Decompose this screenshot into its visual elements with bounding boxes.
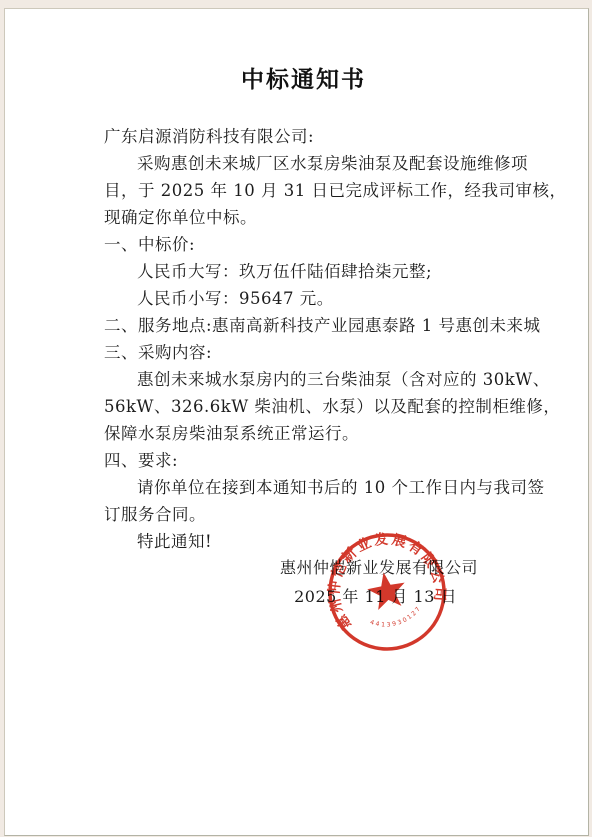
doc-line: 四、要求: [104,447,503,474]
document-page: 中标通知书 广东启源消防科技有限公司: 采购惠创未来城厂区水泵房柴油泵及配套设施… [4,8,589,836]
doc-line: 请你单位在接到本通知书后的 10 个工作日内与我司签 [104,474,503,501]
doc-line: 特此通知! [104,528,503,555]
doc-line: 人民币小写：95647 元。 [104,285,503,312]
doc-line: 订服务合同。 [104,501,503,528]
document-canvas: { "doc": { "title": "中标通知书", "lines": [ … [0,0,592,837]
doc-line: 二、服务地点:惠南高新科技产业园惠泰路 1 号惠创未来城 [104,312,503,339]
doc-line: 现确定你单位中标。 [104,204,503,231]
doc-line: 人民币大写：玖万伍仟陆佰肆拾柒元整; [104,258,503,285]
doc-line: 目，于 2025 年 10 月 31 日已完成评标工作，经我司审核， [104,177,503,204]
doc-line: 惠创未来城水泵房内的三台柴油泵（含对应的 30kW、 [104,366,503,393]
document-body: 广东启源消防科技有限公司: 采购惠创未来城厂区水泵房柴油泵及配套设施维修项 目，… [104,123,503,555]
document-title: 中标通知书 [104,66,503,94]
signature-company: 惠州仲恺新业发展有限公司 [104,553,478,582]
doc-line: 采购惠创未来城厂区水泵房柴油泵及配套设施维修项 [104,150,503,177]
signature-block: 惠州仲恺新业发展有限公司 2025 年 11 月 13 日 [104,553,503,611]
doc-line: 56kW、326.6kW 柴油机、水泵）以及配套的控制柜维修， [104,393,503,420]
doc-line: 三、采购内容: [104,339,503,366]
signature-date: 2025 年 11 月 13 日 [104,582,478,611]
doc-line: 保障水泵房柴油泵系统正常运行。 [104,420,503,447]
recipient-line: 广东启源消防科技有限公司: [104,123,503,150]
notice-document: 中标通知书 广东启源消防科技有限公司: 采购惠创未来城厂区水泵房柴油泵及配套设施… [5,9,588,611]
doc-line: 一、中标价: [104,231,503,258]
